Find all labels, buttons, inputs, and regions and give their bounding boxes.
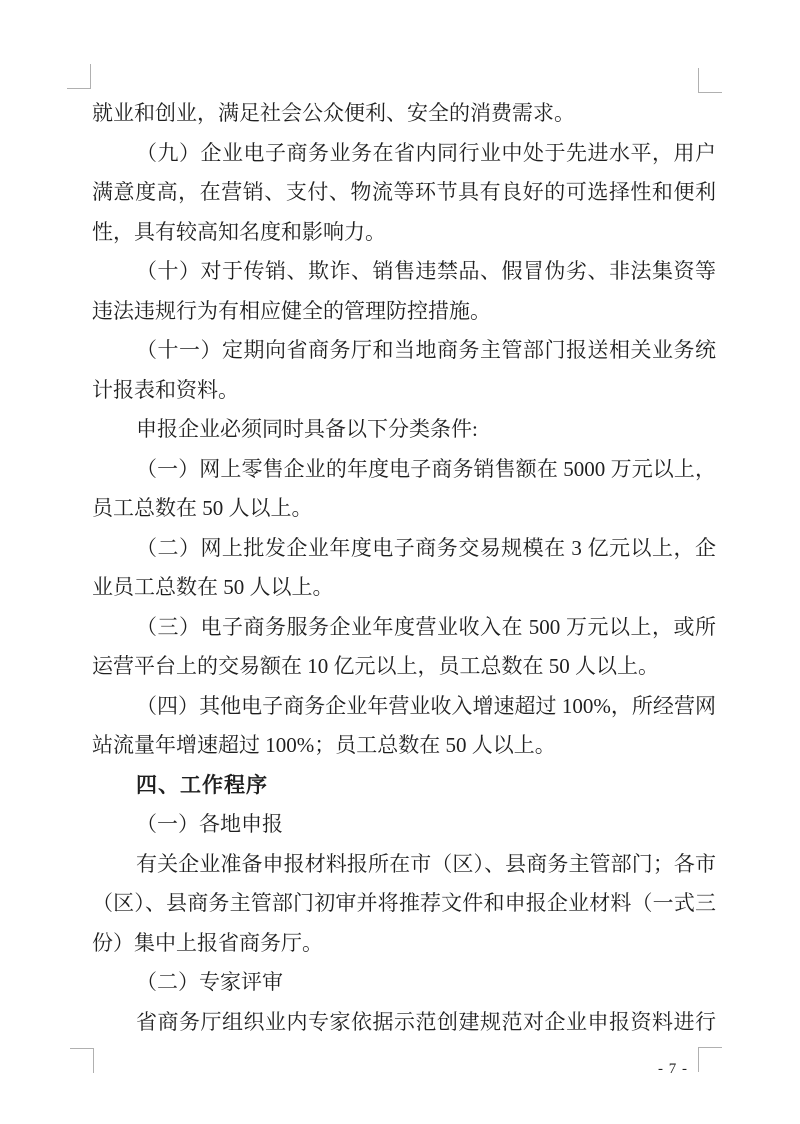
text-line: （二）专家评审 [92,963,716,1003]
text-line: 违法违规行为有相应健全的管理防控措施。 [92,292,716,332]
text-boundary-mark-bottom-right [698,1047,722,1072]
text-line: 运营平台上的交易额在 10 亿元以上，员工总数在 50 人以上。 [92,647,716,687]
text-line: （九）企业电子商务业务在省内同行业中处于先进水平，用户 [92,134,716,174]
text-line: 申报企业必须同时具备以下分类条件: [92,410,716,450]
text-line: （区）、县商务主管部门初审并将推荐文件和申报企业材料（一式三 [92,884,716,924]
section-heading-line: 四、工作程序 [92,766,716,806]
text-line: 性，具有较高知名度和影响力。 [92,213,716,253]
page-number: - 7 - [646,1057,700,1081]
text-line: 有关企业准备申报材料报所在市（区）、县商务主管部门；各市 [92,845,716,885]
text-line: 计报表和资料。 [92,371,716,411]
text-line: （十）对于传销、欺诈、销售违禁品、假冒伪劣、非法集资等 [92,252,716,292]
text-line: 份）集中上报省商务厅。 [92,924,716,964]
text-line: 省商务厅组织业内专家依据示范创建规范对企业申报资料进行 [92,1003,716,1043]
text-line: （四）其他电子商务企业年营业收入增速超过 100%，所经营网 [92,687,716,727]
document-page: 就业和创业，满足社会公众便利、安全的消费需求。（九）企业电子商务业务在省内同行业… [0,0,800,1124]
text-boundary-mark-top-left [67,64,91,89]
text-boundary-mark-top-right [698,68,722,93]
text-line: 站流量年增速超过 100%；员工总数在 50 人以上。 [92,726,716,766]
text-line: 满意度高，在营销、支付、物流等环节具有良好的可选择性和便利 [92,173,716,213]
text-boundary-mark-bottom-left [70,1048,94,1073]
text-line: （一）各地申报 [92,805,716,845]
text-line: 业员工总数在 50 人以上。 [92,568,716,608]
text-line: 就业和创业，满足社会公众便利、安全的消费需求。 [92,94,716,134]
text-line: （三）电子商务服务企业年度营业收入在 500 万元以上，或所 [92,608,716,648]
text-line: （二）网上批发企业年度电子商务交易规模在 3 亿元以上，企 [92,529,716,569]
document-body: 就业和创业，满足社会公众便利、安全的消费需求。（九）企业电子商务业务在省内同行业… [92,94,716,1042]
text-line: 员工总数在 50 人以上。 [92,489,716,529]
text-line: （十一）定期向省商务厅和当地商务主管部门报送相关业务统 [92,331,716,371]
text-line: （一）网上零售企业的年度电子商务销售额在 5000 万元以上， [92,450,716,490]
